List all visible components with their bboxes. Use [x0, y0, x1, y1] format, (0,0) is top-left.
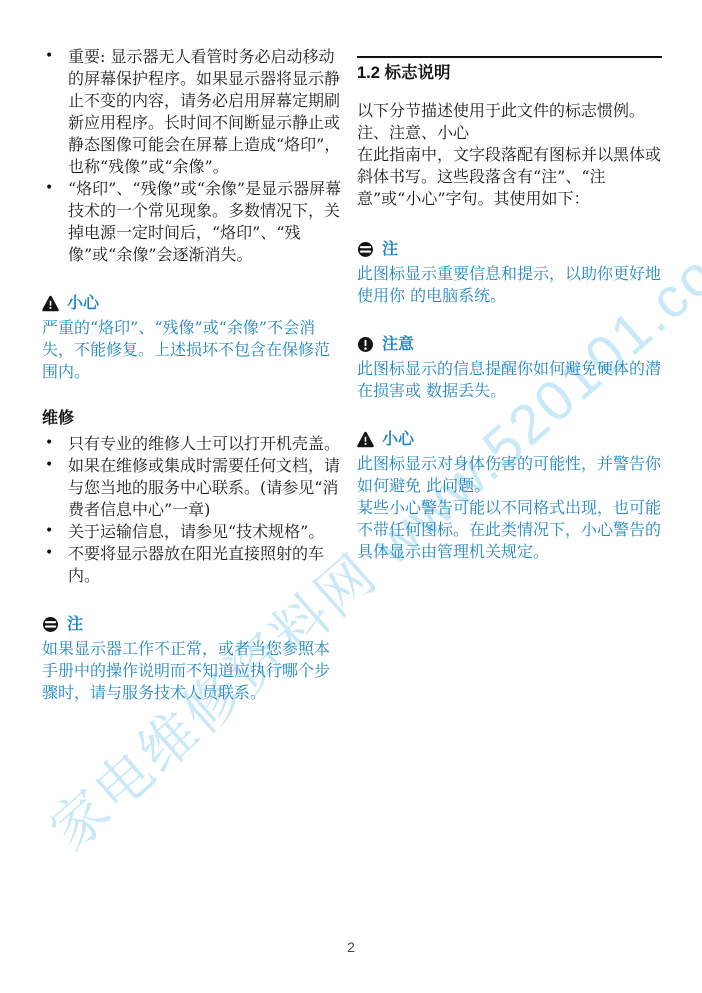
- bullet-text: 只有专业的维修人士可以打开机壳盖。: [68, 434, 340, 453]
- page-number: 2: [0, 939, 702, 955]
- right-column: 1.2 标志说明 以下分节描述使用于此文件的标志惯例。 注、注意、小心 在此指南…: [357, 56, 662, 563]
- caution-block: 小心 此图标显示对身体伤害的可能性，并警告你如何避免 此问题。 某些小心警告可能…: [357, 428, 662, 563]
- list-item: • 不要将显示器放在阳光直接照射的车内。: [42, 543, 345, 587]
- section-title: 1.2 标志说明: [357, 62, 662, 84]
- caution-text: 严重的“烙印”、“残像”或“余像”不会消失，不能修复。上述损坏不包含在保修范围内…: [42, 317, 345, 383]
- note-block: 注 此图标显示重要信息和提示，以助你更好地使用你 的电脑系统。: [357, 238, 662, 307]
- intro-paragraph: 在此指南中，文字段落配有图标并以黑体或斜体书写。这些段落含有“注”、“注意”或“…: [357, 144, 662, 210]
- note-title: 注: [67, 613, 83, 635]
- caution-triangle-icon: [357, 431, 374, 448]
- attention-exclamation-icon: [357, 336, 374, 353]
- bullet-icon: •: [45, 432, 53, 454]
- bullet-icon: •: [45, 177, 53, 199]
- list-item: • 重要: 显示器无人看管时务必启动移动的屏幕保护程序。如果显示器将显示静止不变…: [42, 46, 345, 178]
- intro-paragraph: 以下分节描述使用于此文件的标志惯例。: [357, 100, 662, 122]
- note-text: 如果显示器工作不正常，或者当您参照本手册中的操作说明而不知道应执行哪个步骤时，请…: [42, 638, 345, 704]
- bullet-text: 关于运输信息，请参见“技术规格”。: [68, 522, 324, 541]
- screen-burn-bullet-list: • 重要: 显示器无人看管时务必启动移动的屏幕保护程序。如果显示器将显示静止不变…: [42, 46, 345, 266]
- list-item: • 如果在维修或集成时需要任何文档，请与您当地的服务中心联系。(请参见“消费者信…: [42, 455, 345, 521]
- caution-header: 小心: [42, 292, 345, 314]
- note-header: 注: [42, 613, 345, 635]
- note-block: 注 如果显示器工作不正常，或者当您参照本手册中的操作说明而不知道应执行哪个步骤时…: [42, 613, 345, 704]
- bullet-icon: •: [45, 520, 53, 542]
- caution-title: 小心: [67, 292, 99, 314]
- list-item: • 只有专业的维修人士可以打开机壳盖。: [42, 433, 345, 455]
- bullet-icon: •: [45, 45, 53, 67]
- caution-triangle-icon: [42, 295, 59, 312]
- bullet-text: 重要: 显示器无人看管时务必启动移动的屏幕保护程序。如果显示器将显示静止不变的内…: [68, 47, 340, 176]
- service-heading: 维修: [42, 408, 345, 430]
- list-item: • 关于运输信息，请参见“技术规格”。: [42, 521, 345, 543]
- note-text: 此图标显示重要信息和提示，以助你更好地使用你 的电脑系统。: [357, 263, 662, 307]
- note-circle-icon: [357, 241, 374, 258]
- list-item: • “烙印”、“残像”或“余像”是显示器屏幕技术的一个常见现象。多数情况下，关掉…: [42, 178, 345, 266]
- note-circle-icon: [42, 616, 59, 633]
- caution-paragraph: 某些小心警告可能以不同格式出现，也可能不带任何图标。在此类情况下，小心警告的具体…: [357, 497, 662, 563]
- bullet-icon: •: [45, 542, 53, 564]
- bullet-text: 如果在维修或集成时需要任何文档，请与您当地的服务中心联系。(请参见“消费者信息中…: [68, 456, 340, 519]
- convention-names: 注、注意、小心: [357, 122, 662, 144]
- caution-text: 此图标显示对身体伤害的可能性，并警告你如何避免 此问题。 某些小心警告可能以不同…: [357, 453, 662, 563]
- section-header: 1.2 标志说明: [357, 56, 662, 84]
- manual-page: 家电维修资料网 www.520101.com • 重要: 显示器无人看管时务必启…: [0, 0, 702, 993]
- caution-block: 小心 严重的“烙印”、“残像”或“余像”不会消失，不能修复。上述损坏不包含在保修…: [42, 292, 345, 383]
- note-header: 注: [357, 238, 662, 260]
- note-title: 注: [382, 238, 398, 260]
- caution-paragraph: 此图标显示对身体伤害的可能性，并警告你如何避免 此问题。: [357, 453, 662, 497]
- attention-text: 此图标显示的信息提醒你如何避免硬体的潜在损害或 数据丢失。: [357, 358, 662, 402]
- caution-header: 小心: [357, 428, 662, 450]
- caution-title: 小心: [382, 428, 414, 450]
- bullet-icon: •: [45, 454, 53, 476]
- attention-title: 注意: [382, 333, 414, 355]
- attention-header: 注意: [357, 333, 662, 355]
- bullet-text: “烙印”、“残像”或“余像”是显示器屏幕技术的一个常见现象。多数情况下，关掉电源…: [68, 179, 341, 264]
- attention-block: 注意 此图标显示的信息提醒你如何避免硬体的潜在损害或 数据丢失。: [357, 333, 662, 402]
- left-column: • 重要: 显示器无人看管时务必启动移动的屏幕保护程序。如果显示器将显示静止不变…: [42, 46, 345, 704]
- service-bullet-list: • 只有专业的维修人士可以打开机壳盖。 • 如果在维修或集成时需要任何文档，请与…: [42, 433, 345, 587]
- bullet-text: 不要将显示器放在阳光直接照射的车内。: [68, 544, 324, 585]
